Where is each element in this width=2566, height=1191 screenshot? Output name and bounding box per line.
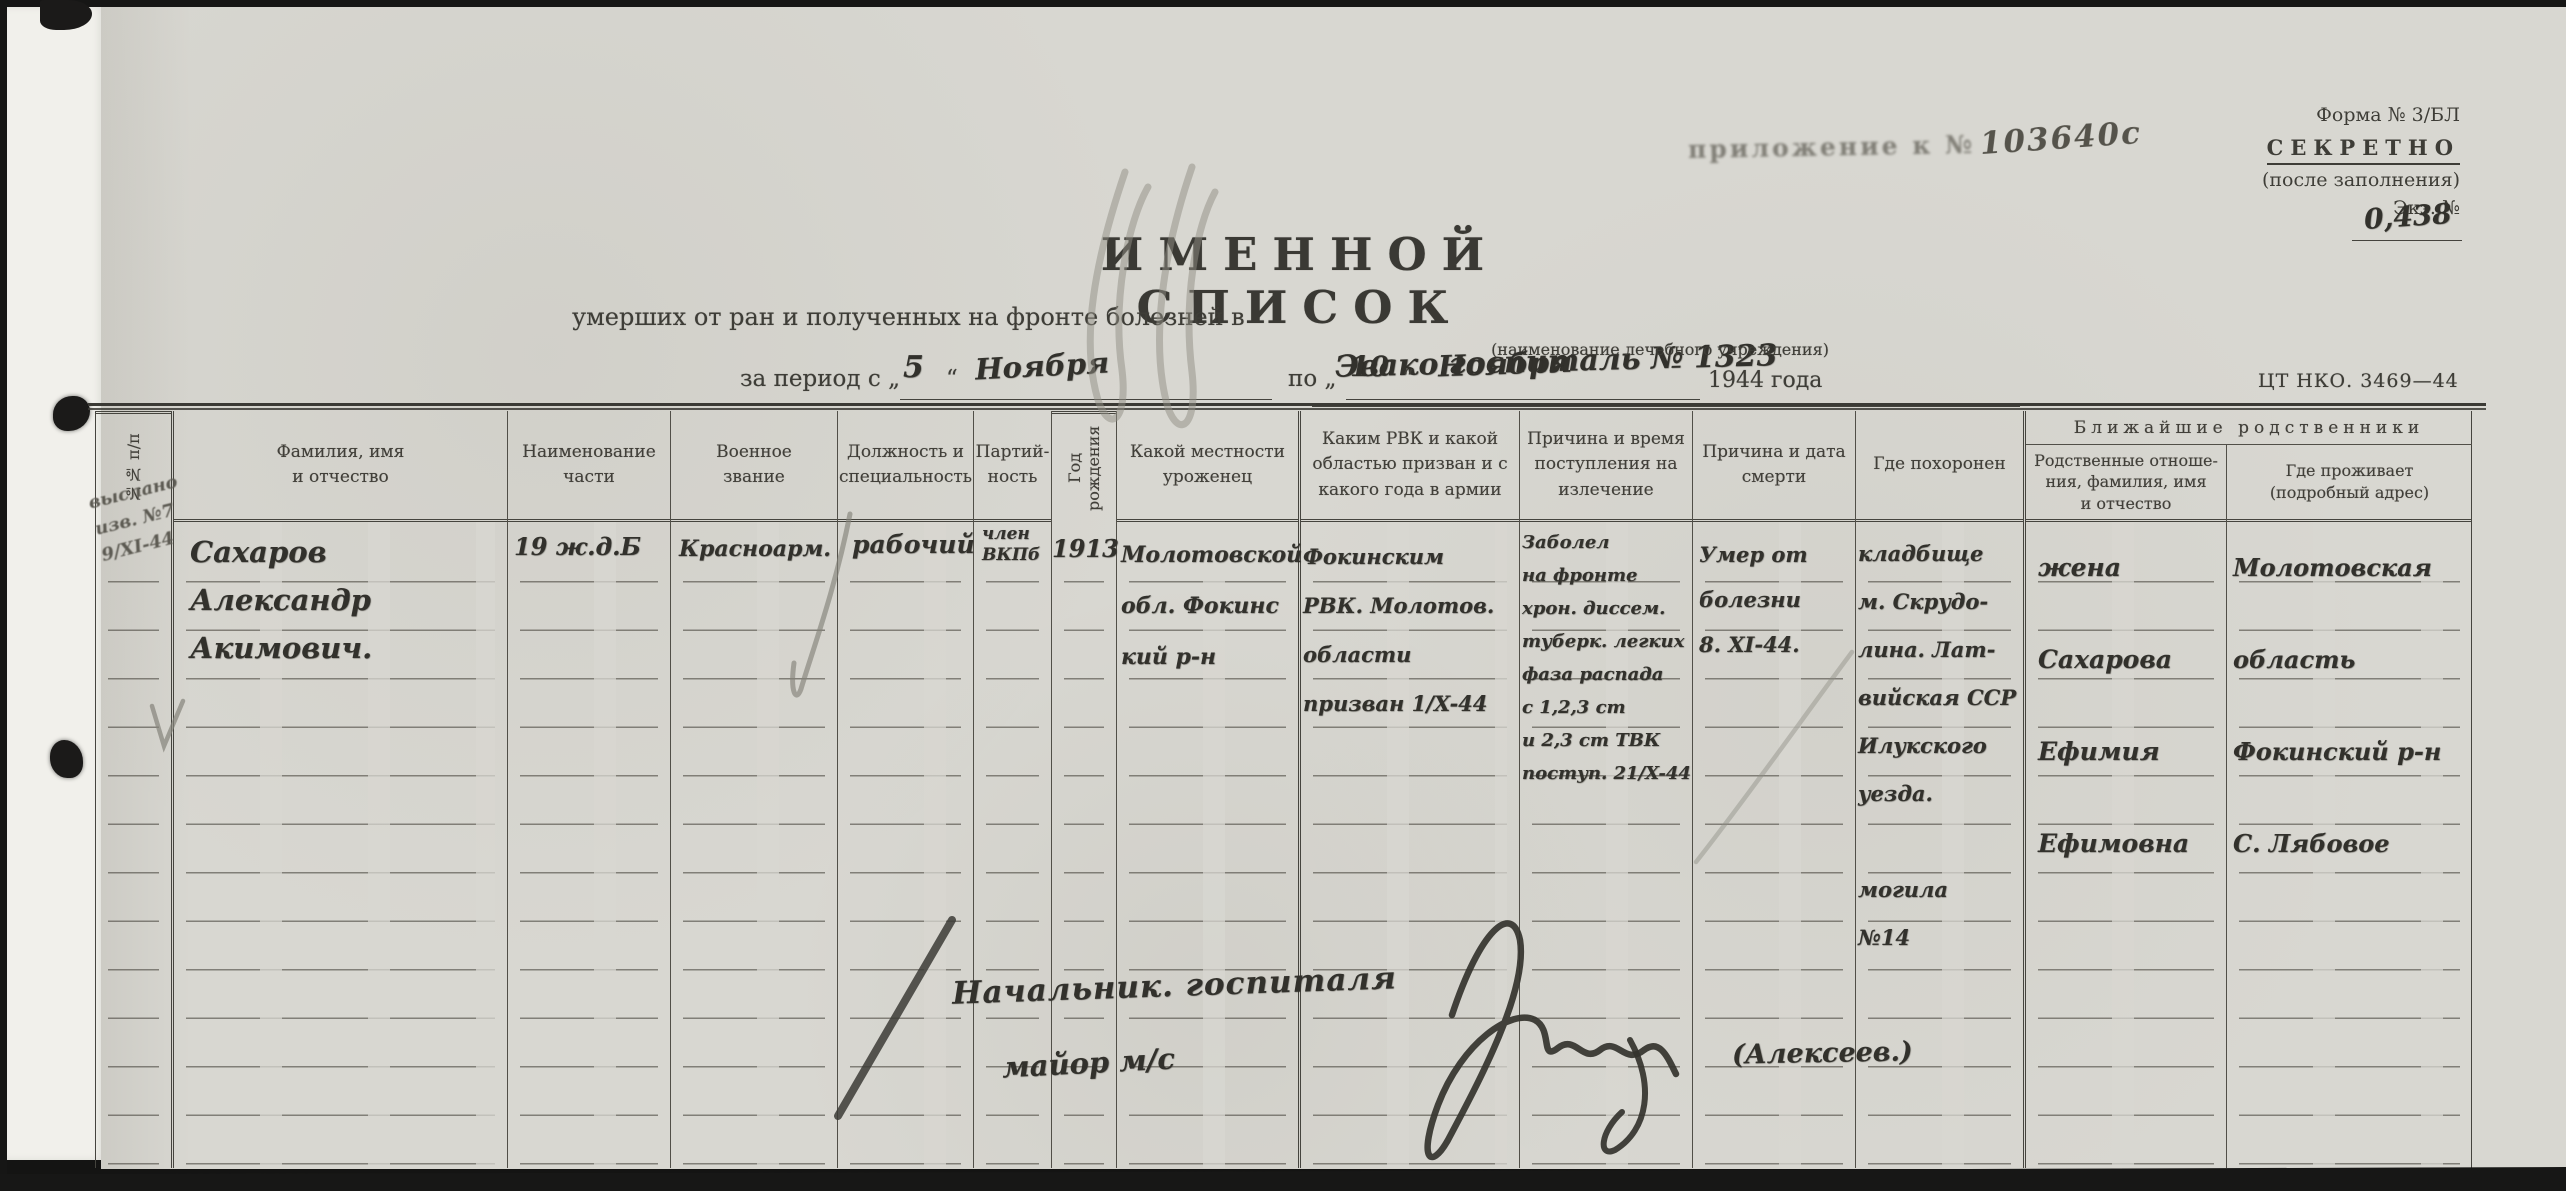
column-header: Где проживает (подробный адрес) <box>2227 445 2472 522</box>
scan-edge-left <box>0 0 7 1191</box>
quote-mark: “ <box>1402 366 1414 392</box>
column-body <box>96 522 171 1168</box>
entry-residence: Молотовская область Фокинский р-н С. Ляб… <box>2233 522 2441 890</box>
column-header: Наименование части <box>508 411 670 522</box>
entry-party: член ВКПб <box>982 524 1040 566</box>
document-scan: приложение к № 103640с Форма № 3/БЛ СЕКР… <box>0 0 2566 1191</box>
double-rule <box>88 403 2486 411</box>
column-drafted-by: Каким РВК и какой областью призван и с к… <box>1301 411 1520 1168</box>
scan-edge-top <box>0 0 2566 7</box>
column-body: 19 ж.д.Б <box>508 522 670 1168</box>
column-header: Военное звание <box>671 411 837 522</box>
period-from-day: 5 <box>903 350 924 385</box>
entry-admission: Заболел на фронте хрон. диссем. туберк. … <box>1522 526 1691 790</box>
entry-relative: жена Сахарова Ефимия Ефимовна <box>2038 522 2189 890</box>
period-to-underline <box>1346 399 1700 400</box>
period-to-month: Ноября <box>1437 345 1572 384</box>
subtitle-text: умерших от ран и полученных на фронте бо… <box>572 303 1245 331</box>
column-header: Где похоронен <box>1856 411 2023 522</box>
entry-rank: Красноарм. <box>679 536 831 562</box>
print-code: ЦТ НКО. 3469—44 <box>2258 370 2459 392</box>
entry-duty: рабочий <box>852 530 975 559</box>
casualty-table: №№ п/п Фамилия, имя и отчество Сахаров А… <box>95 411 2472 1168</box>
entry-drafted-by: Фокинским РВК. Молотов. области призван … <box>1303 532 1494 728</box>
column-residence: Где проживает (подробный адрес) Молотовс… <box>2227 445 2472 1168</box>
column-header: Должность и специальность <box>838 411 973 522</box>
period-from-label: за период с „ <box>740 366 900 392</box>
column-name: Фамилия, имя и отчество Сахаров Александ… <box>174 411 508 1168</box>
entry-name: Сахаров Александр Акимович. <box>190 528 507 672</box>
column-body: Сахаров Александр Акимович. <box>174 522 507 1168</box>
relatives-group-header: Ближайшие родственники <box>2026 411 2472 445</box>
column-header: Фамилия, имя и отчество <box>174 411 507 522</box>
column-body: Заболел на фронте хрон. диссем. туберк. … <box>1520 522 1692 1168</box>
form-number: Форма № 3/БЛ <box>2130 104 2460 126</box>
copy-number-value: 0,438 <box>2363 197 2453 236</box>
stamp-text: приложение к № <box>1688 130 1976 164</box>
entry-burial-place: кладбище м. Скрудо- лина. Лат- вийская С… <box>1858 530 2016 962</box>
column-body: жена Сахарова Ефимия Ефимовна <box>2026 522 2226 1168</box>
column-unit: Наименование части 19 ж.д.Б <box>508 411 671 1168</box>
period-to-day: 10 <box>1350 350 1389 383</box>
column-duty: Должность и специальность рабочий <box>838 411 974 1168</box>
secrecy-label: СЕКРЕТНО <box>2267 135 2460 165</box>
entry-unit: 19 ж.д.Б <box>514 532 641 561</box>
column-body: Умер от болезни 8. XI-44. <box>1693 522 1855 1168</box>
entry-birthplace: Молотовской обл. Фокинс кий р-н <box>1121 530 1302 683</box>
column-admission: Причина и время поступления на излечение… <box>1520 411 1693 1168</box>
period-year: 1944 года <box>1708 368 1822 393</box>
column-header: Каким РВК и какой областью призван и с к… <box>1301 411 1519 522</box>
copy-number-underline <box>2352 240 2462 241</box>
column-body: Фокинским РВК. Молотов. области призван … <box>1301 522 1519 1168</box>
column-relative: Родственные отноше- ния, фамилия, имя и … <box>2026 445 2227 1168</box>
entry-birth-year: 1913 <box>1052 534 1119 563</box>
period-to-label: по „ <box>1288 366 1336 392</box>
quote-mark: “ <box>946 366 958 392</box>
column-header: Родственные отноше- ния, фамилия, имя и … <box>2026 445 2226 522</box>
period-from-underline <box>900 399 1272 400</box>
column-body: рабочий <box>838 522 973 1168</box>
period-from-month: Ноября <box>974 346 1110 387</box>
secrecy-note: (после заполнения) <box>2130 169 2460 191</box>
column-rank: Военное звание Красноарм. <box>671 411 838 1168</box>
column-header: Причина и дата смерти <box>1693 411 1855 522</box>
paper-edge-strip <box>6 7 103 1160</box>
column-group-relatives: Ближайшие родственники Родственные отнош… <box>2026 411 2472 1168</box>
column-header: Какой местности уроженец <box>1117 411 1298 522</box>
column-header: Причина и время поступления на излечение <box>1520 411 1692 522</box>
column-header: Год рождения <box>1052 411 1116 522</box>
signer-surname: (Алексеев.) <box>1732 1036 1913 1070</box>
column-body: Молотовская область Фокинский р-н С. Ляб… <box>2227 522 2472 1168</box>
entry-death-cause: Умер от болезни 8. XI-44. <box>1699 532 1808 667</box>
column-body: Красноарм. <box>671 522 837 1168</box>
column-body: кладбище м. Скрудо- лина. Лат- вийская С… <box>1856 522 2023 1168</box>
column-header: Партий- ность <box>974 411 1051 522</box>
